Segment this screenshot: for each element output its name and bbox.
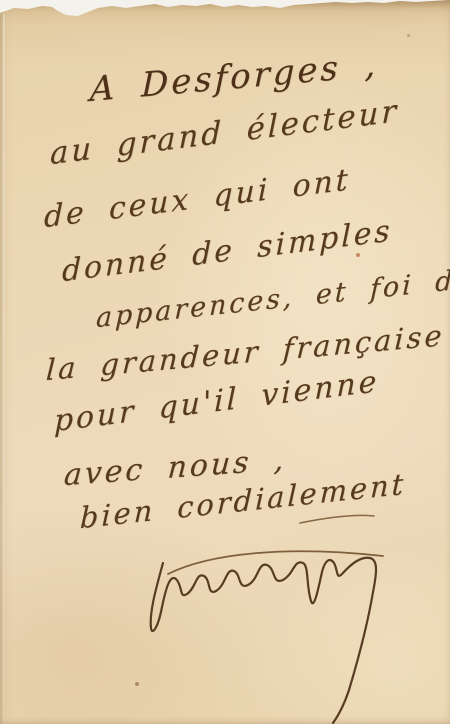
aged-paper-sheet: A Desforges , au grand électeur de ceux … — [0, 0, 450, 724]
paper-speck — [135, 682, 139, 686]
paper-speck — [356, 253, 360, 257]
paper-speck — [407, 34, 410, 37]
paper-crease — [3, 14, 5, 724]
scanned-letter-page: A Desforges , au grand électeur de ceux … — [0, 0, 450, 724]
